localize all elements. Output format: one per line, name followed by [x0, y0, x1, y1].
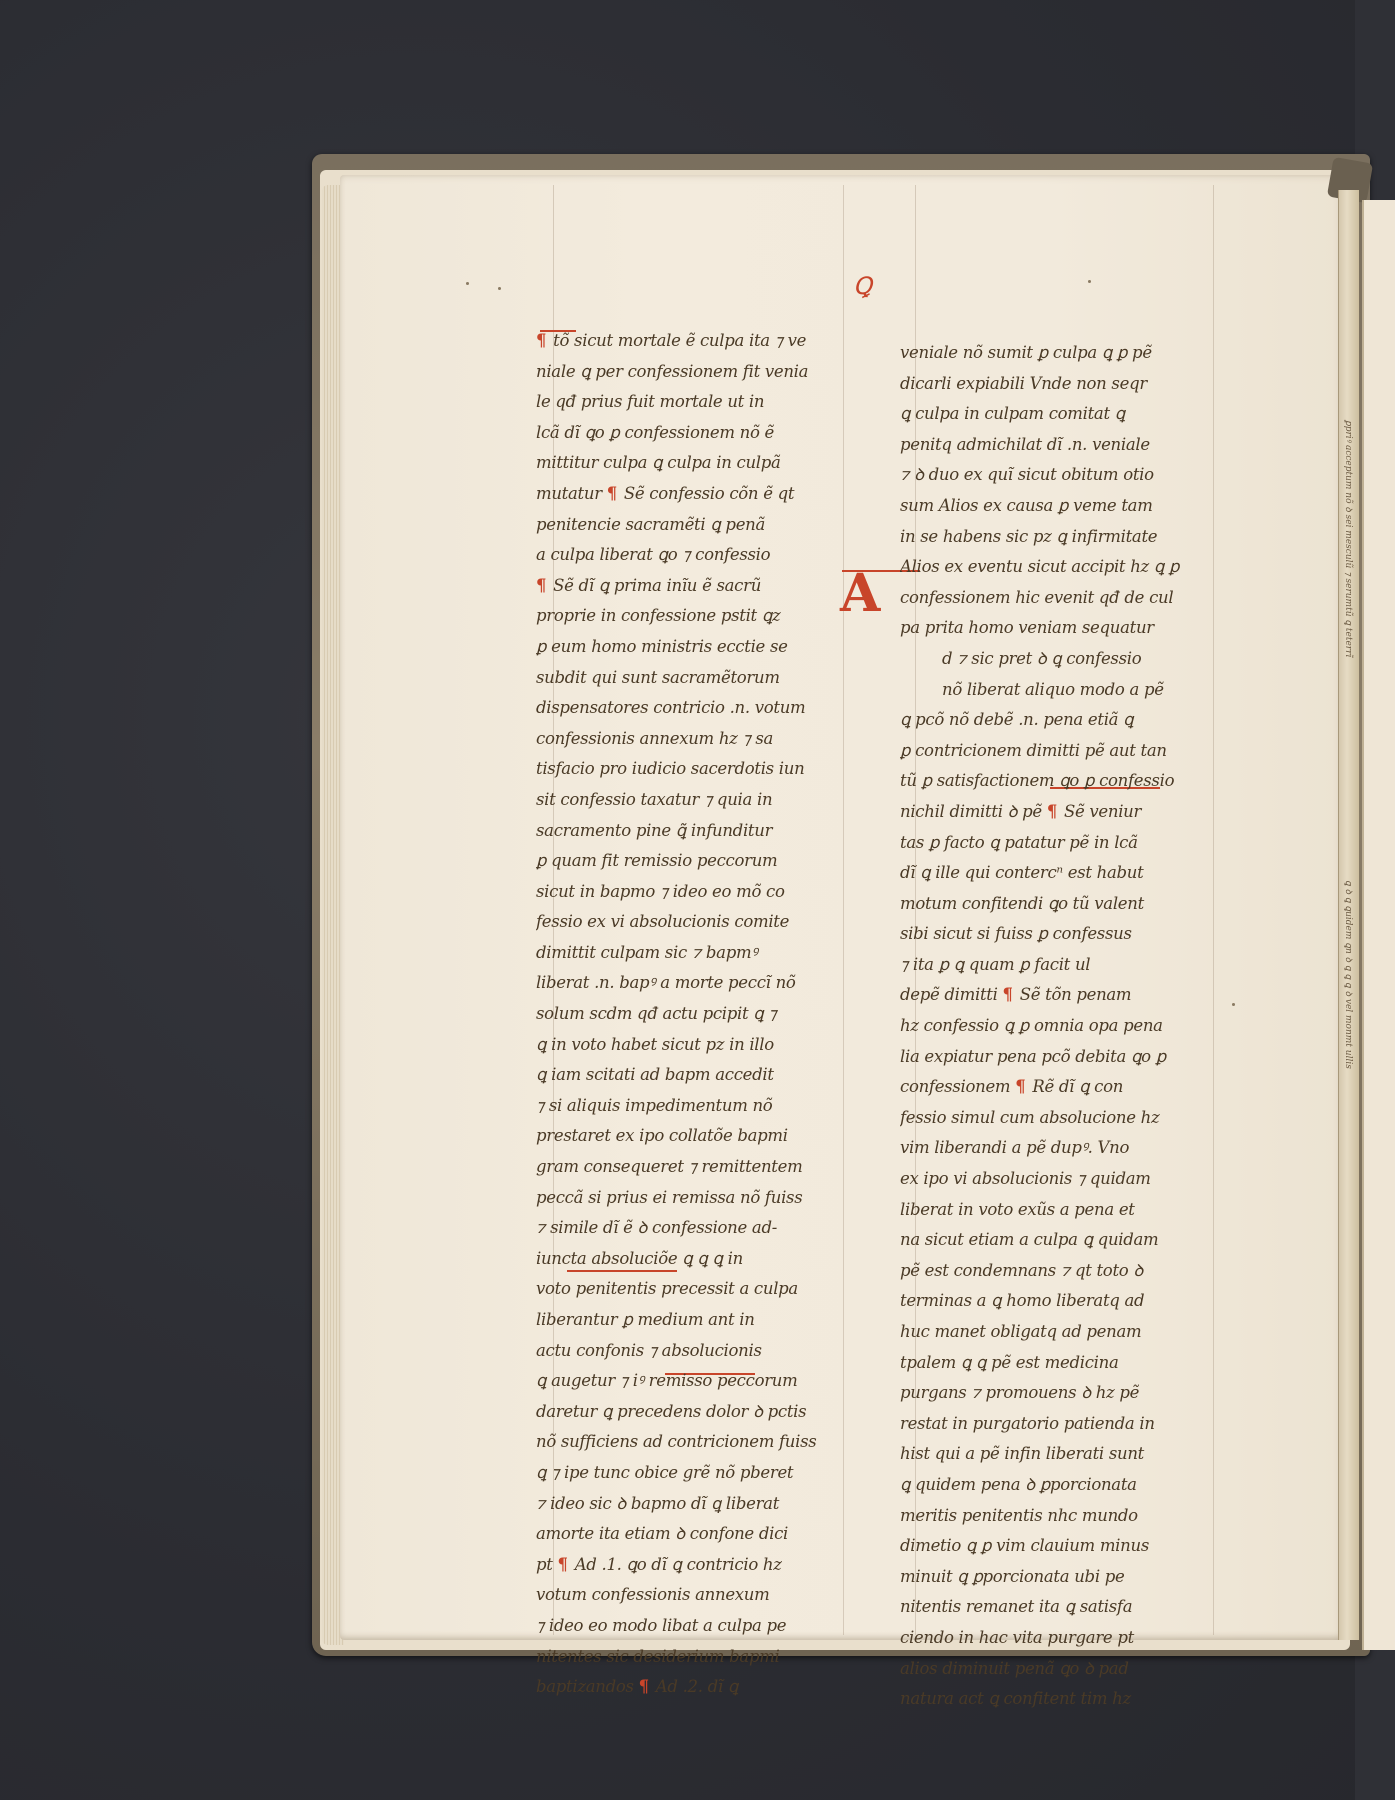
manuscript-line: Alios ex eventu sicut accipit hz ꝗ ꝑ: [900, 552, 1220, 583]
manuscript-line: ꝗ pcõ nõ debẽ .n. pena etiã ꝗ: [900, 705, 1220, 736]
manuscript-line: ex ipo vi absolucionis ⁊ quidam: [900, 1164, 1220, 1195]
manuscript-line: tũ ꝑ satisfactionem ꝗo ꝑ confessio: [900, 766, 1220, 797]
manuscript-line: ꝗ iam scitati ad bapm accedit: [536, 1060, 856, 1091]
manuscript-line: purgans ⁊ promouens ꝺ hz pẽ: [900, 1378, 1220, 1409]
pilcrow-mark: ¶: [1015, 1077, 1025, 1096]
manuscript-line: confessionis annexum hz ⁊ sa: [536, 724, 856, 755]
pilcrow-mark: ¶: [536, 576, 546, 595]
folio-signature-mark: Ꝗ: [853, 272, 872, 300]
manuscript-line: minuit ꝗ ꝑporcionata ubi pe: [900, 1562, 1220, 1593]
manuscript-line: sum Alios ex causa ꝑ veme tam: [900, 491, 1220, 522]
manuscript-line: ⁊ ꝺ duo ex quĩ sicut obitum otio: [900, 460, 1220, 491]
manuscript-line: subdit qui sunt sacramẽtorum: [536, 663, 856, 694]
pilcrow-mark: ¶: [558, 1555, 568, 1574]
pricking-mark: [1232, 1003, 1235, 1006]
manuscript-line: votum confessionis annexum: [536, 1580, 856, 1611]
manuscript-line: confessionem hic evenit qđ de cul: [900, 583, 1220, 614]
manuscript-line: tisfacio pro iudicio sacerdotis iun: [536, 754, 856, 785]
manuscript-line: dĩ ꝗ ille qui contercⁿ est habut: [900, 858, 1220, 889]
manuscript-line: baptizandos ¶ Ad .2. dĩ ꝗ: [536, 1672, 856, 1703]
manuscript-line: restat in purgatorio patienda in: [900, 1409, 1220, 1440]
manuscript-line: nitentis remanet ita ꝗ satisfa: [900, 1592, 1220, 1623]
manuscript-line: liberat .n. bapꝰ a morte peccĩ nõ: [536, 968, 856, 999]
manuscript-line: gram consequeret ⁊ remittentem: [536, 1152, 856, 1183]
manuscript-line: voto penitentis precessit a culpa: [536, 1274, 856, 1305]
manuscript-line: liberat in voto exũs a pena et: [900, 1195, 1220, 1226]
manuscript-line: alios diminuit penã ꝗo ꝺ pad: [900, 1654, 1220, 1685]
manuscript-line: nitentes sic desiderium bapmi: [536, 1642, 856, 1673]
manuscript-line: ⁊ si aliquis impedimentum nõ: [536, 1091, 856, 1122]
manuscript-line: na sicut etiam a culpa ꝗ quidam: [900, 1225, 1220, 1256]
manuscript-line: ⁊ ideo eo modo libat a culpa pe: [536, 1611, 856, 1642]
manuscript-line: in se habens sic pz ꝗ infirmitate: [900, 522, 1220, 553]
manuscript-line: dimittit culpam sic ⁊ bapmꝰ: [536, 938, 856, 969]
manuscript-line: iuncta absoluciõe ꝗ ꝗ ꝗ in: [536, 1244, 856, 1275]
manuscript-line: actu confonis ⁊ absolucionis: [536, 1336, 856, 1367]
manuscript-line: natura act ꝗ confitent tim hz: [900, 1684, 1220, 1715]
manuscript-line: ¶ tõ sicut mortale ẽ culpa ita ⁊ ve: [536, 326, 856, 357]
manuscript-line: pẽ est condemnans ⁊ qt toto ꝺ: [900, 1256, 1220, 1287]
manuscript-line: tas ꝑ facto ꝗ patatur pẽ in lcã: [900, 828, 1220, 859]
manuscript-line: hz confessio ꝗ ꝑ omnia opa pena: [900, 1011, 1220, 1042]
pilcrow-mark: ¶: [607, 484, 617, 503]
gutter-annotation-lower: ꝗ ꝺ ꝗ ꝗuidem ꝗn ꝺ ꝗ ꝗ ꝗ ꝺ vel monmt ulli…: [1343, 880, 1353, 1069]
pricking-mark: [1088, 280, 1091, 283]
manuscript-line: ꝗ ⁊ ipe tunc obice grẽ nõ pberet: [536, 1458, 856, 1489]
manuscript-line: sit confessio taxatur ⁊ quia in: [536, 785, 856, 816]
manuscript-line: ⁊ simile dĩ ẽ ꝺ confessione ad-: [536, 1213, 856, 1244]
manuscript-line: proprie in confessione pstit ꝗz: [536, 601, 856, 632]
manuscript-line: dispensatores contricio .n. votum: [536, 693, 856, 724]
manuscript-line: lia expiatur pena pcõ debita ꝗo ꝑ: [900, 1042, 1220, 1073]
manuscript-line: hist qui a pẽ infin liberati sunt: [900, 1439, 1220, 1470]
manuscript-line: ꝑ eum homo ministris ecctie se: [536, 632, 856, 663]
manuscript-line: fessio ex vi absolucionis comite: [536, 907, 856, 938]
manuscript-line: liberantur ꝑ medium ant in: [536, 1305, 856, 1336]
pilcrow-mark: ¶: [1003, 985, 1013, 1004]
manuscript-line: d ⁊ sic pret ꝺ ꝗ confessio: [900, 644, 1220, 675]
manuscript-line: prestaret ex ipo collatõe bapmi: [536, 1121, 856, 1152]
manuscript-line: fessio simul cum absolucione hz: [900, 1103, 1220, 1134]
manuscript-line: ꝗ in voto habet sicut pz in illo: [536, 1030, 856, 1061]
manuscript-line: solum scdm qđ actu pcipit ꝗ ⁊: [536, 999, 856, 1030]
manuscript-line: ꝗ culpa in culpam comitat ꝗ: [900, 399, 1220, 430]
manuscript-line: confessionem ¶ Rẽ dĩ ꝗ con: [900, 1072, 1220, 1103]
manuscript-line: ¶ Sẽ dĩ ꝗ prima inĩu ẽ sacrũ: [536, 571, 856, 602]
pilcrow-mark: ¶: [1047, 802, 1057, 821]
manuscript-line: nõ sufficiens ad contricionem fuiss: [536, 1427, 856, 1458]
manuscript-line: sicut in bapmo ⁊ ideo eo mõ co: [536, 877, 856, 908]
manuscript-line: tpalem ꝗ ꝗ pẽ est medicina: [900, 1348, 1220, 1379]
pilcrow-mark: ¶: [536, 331, 546, 350]
manuscript-line: daretur ꝗ precedens dolor ꝺ pctis: [536, 1397, 856, 1428]
manuscript-line: dicarli expiabili Vnde non seqr: [900, 369, 1220, 400]
manuscript-line: nõ liberat aliquo modo a pẽ: [900, 675, 1220, 706]
text-column-right: veniale nõ sumit ꝑ culpa ꝗ ꝑ pẽdicarli e…: [900, 338, 1220, 1715]
manuscript-line: sacramento pine ꝗ̃ infunditur: [536, 816, 856, 847]
manuscript-line: amorte ita etiam ꝺ confone dici: [536, 1519, 856, 1550]
manuscript-line: depẽ dimitti ¶ Sẽ tõn penam: [900, 980, 1220, 1011]
manuscript-line: pa prita homo veniam sequatur: [900, 613, 1220, 644]
manuscript-line: meritis penitentis nhc mundo: [900, 1501, 1220, 1532]
manuscript-line: mutatur ¶ Sẽ confessio cõn ẽ qt: [536, 479, 856, 510]
manuscript-line: ꝑ contricionem dimitti pẽ aut tan: [900, 736, 1220, 767]
manuscript-line: nichil dimitti ꝺ pẽ ¶ Sẽ veniur: [900, 797, 1220, 828]
pricking-mark: [466, 282, 469, 285]
manuscript-line: sibi sicut si fuiss ꝑ confessus: [900, 919, 1220, 950]
manuscript-line: lcã dĩ ꝗo ꝑ confessionem nõ ẽ: [536, 418, 856, 449]
manuscript-line: ꝗ quidem pena ꝺ ꝑporcionata: [900, 1470, 1220, 1501]
manuscript-line: ⁊ ideo sic ꝺ bapmo dĩ ꝗ liberat: [536, 1489, 856, 1520]
manuscript-line: ciendo in hac vita purgare pt: [900, 1623, 1220, 1654]
manuscript-line: veniale nõ sumit ꝑ culpa ꝗ ꝑ pẽ: [900, 338, 1220, 369]
gutter-annotation-upper: ꝑpriꝰ acceptum nõ ꝺ sei mesculũ ⁊ serumt…: [1343, 420, 1353, 657]
pilcrow-mark: ¶: [639, 1677, 649, 1696]
manuscript-line: penitq admichilat dĩ .n. veniale: [900, 430, 1220, 461]
manuscript-line: mittitur culpa ꝗ culpa in culpã: [536, 448, 856, 479]
manuscript-line: a culpa liberat ꝗo ⁊ confessio: [536, 540, 856, 571]
manuscript-line: vim liberandi a pẽ dupꝰ. Vno: [900, 1133, 1220, 1164]
facing-page-edge: [1362, 200, 1395, 1650]
manuscript-line: ⁊ ita ꝑ ꝗ quam ꝑ facit ul: [900, 950, 1220, 981]
manuscript-line: niale ꝗ per confessionem fit venia: [536, 357, 856, 388]
pricking-mark: [498, 287, 501, 290]
manuscript-line: huc manet obligatq ad penam: [900, 1317, 1220, 1348]
manuscript-line: penitencie sacramẽti ꝗ penã: [536, 510, 856, 541]
manuscript-line: terminas a ꝗ homo liberatq ad: [900, 1286, 1220, 1317]
manuscript-line: peccã si prius ei remissa nõ fuiss: [536, 1183, 856, 1214]
text-column-left: ¶ tõ sicut mortale ẽ culpa ita ⁊ veniale…: [536, 326, 856, 1703]
manuscript-line: ꝗ augetur ⁊ iꝰ remisso peccorum: [536, 1366, 856, 1397]
manuscript-line: dimetio ꝗ ꝑ vim clauium minus: [900, 1531, 1220, 1562]
manuscript-line: le qđ prius fuit mortale ut in: [536, 387, 856, 418]
manuscript-line: motum confitendi ꝗo tũ valent: [900, 889, 1220, 920]
manuscript-line: pt ¶ Ad .1. ꝗo dĩ ꝗ contricio hz: [536, 1550, 856, 1581]
manuscript-line: ꝑ quam fit remissio peccorum: [536, 846, 856, 877]
